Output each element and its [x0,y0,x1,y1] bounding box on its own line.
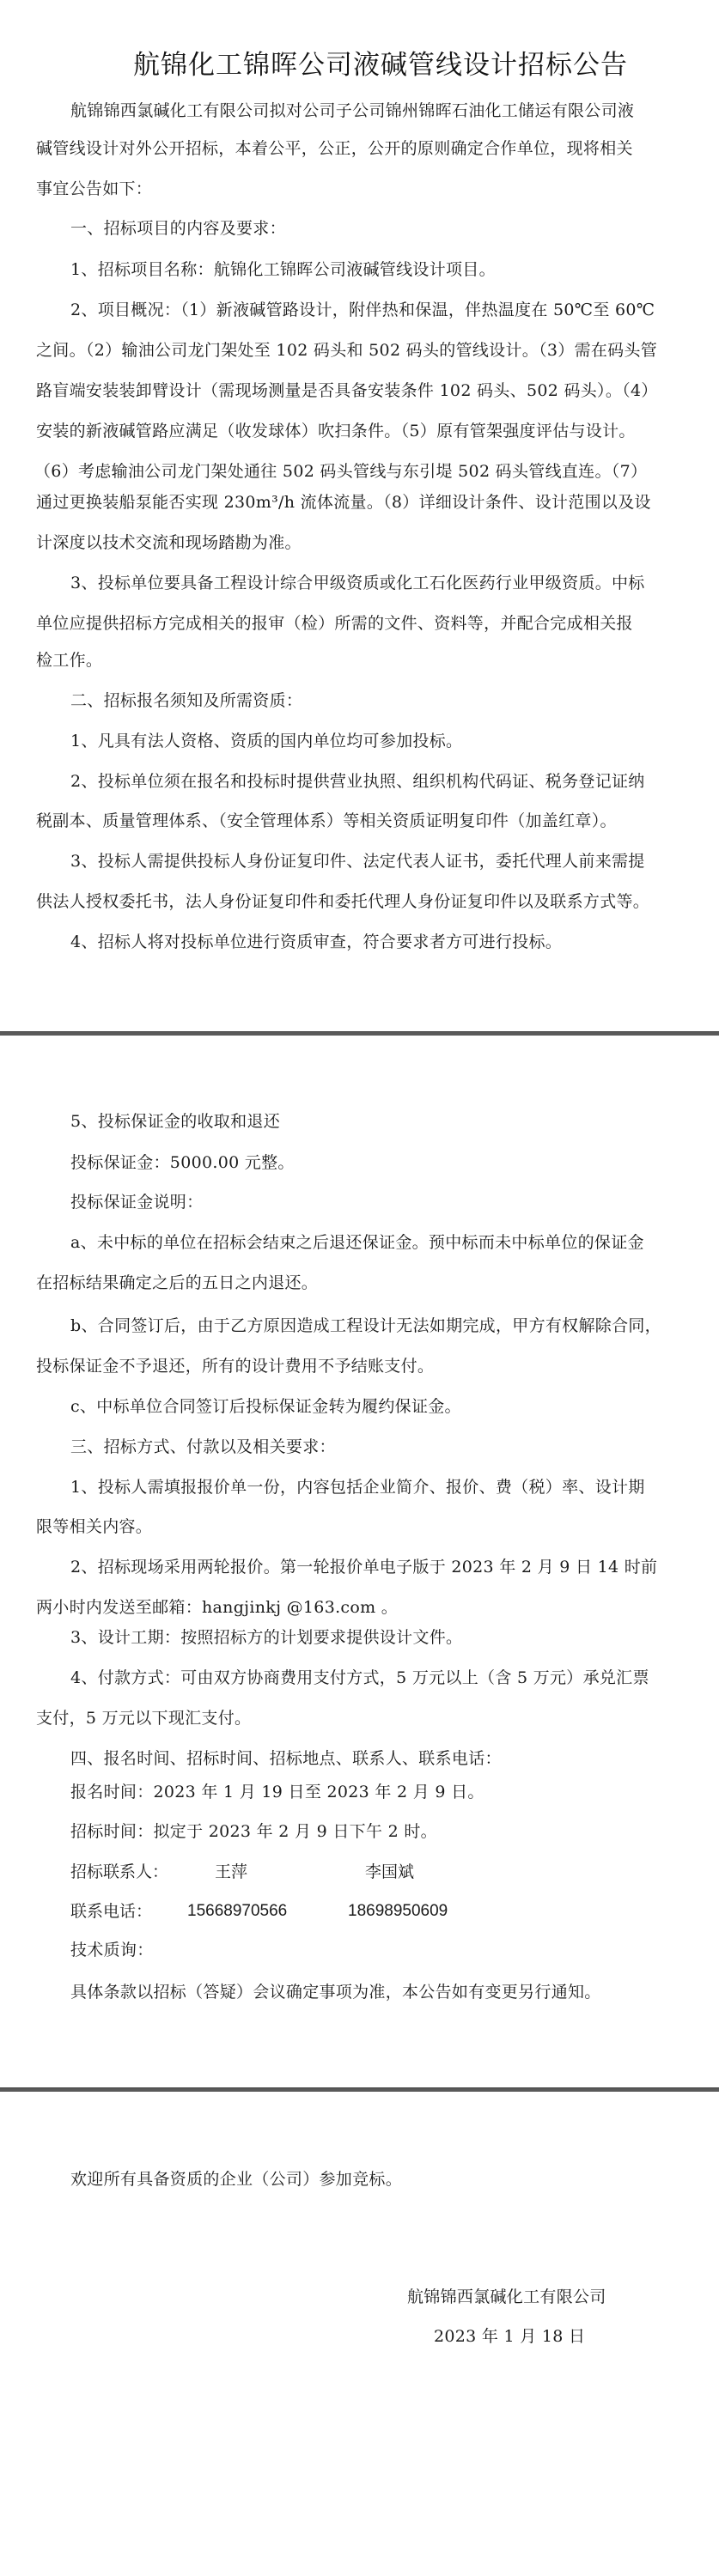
section2-item3-line-1: 3、投标人需提供投标人身份证复印件、法定代表人证书，委托代理人前来需提 [70,850,645,872]
signature-company: 航锦锦西氯碱化工有限公司 [407,2286,606,2308]
deposit-note-a-line-2: 在招标结果确定之后的五日之内退还。 [36,1272,318,1294]
page-divider-2 [0,2087,719,2092]
contact-phone-1: 15668970566 [187,1900,287,1923]
registration-time: 报名时间：2023 年 1 月 19 日至 2023 年 2 月 9 日。 [70,1781,484,1803]
section2-item4: 4、招标人将对投标单位进行资质审查，符合要求者方可进行投标。 [70,931,562,953]
section3-item2-line-2: 两小时内发送至邮箱：hangjinkj @163.com 。 [36,1596,398,1619]
deposit-note-b-line-2: 投标保证金不予退还，所有的设计费用不予结账支付。 [36,1355,434,1377]
section3-item3: 3、设计工期：按照招标方的计划要求提供设计文件。 [70,1626,462,1649]
section1-item1: 1、招标项目名称：航锦化工锦晖公司液碱管线设计项目。 [70,258,496,281]
section1-item3-line-2: 单位应提供招标方完成相关的报审（检）所需的文件、资料等，并配合完成相关报 [36,612,633,635]
section1-item2-line-2: 之间。（2）输油公司龙门架处至 102 码头和 502 码头的管线设计。（3）需… [36,339,657,361]
section4-heading: 四、报名时间、招标时间、招标地点、联系人、联系电话： [70,1747,502,1770]
intro-line-1: 航锦锦西氯碱化工有限公司拟对公司子公司锦州锦晖石油化工储运有限公司液 [70,100,634,122]
deposit-note-heading: 投标保证金说明： [70,1191,203,1213]
section3-item4-line-1: 4、付款方式：可由双方协商费用支付方式，5 万元以上（含 5 万元）承兑汇票 [70,1667,649,1689]
contact-phone-2: 18698950609 [348,1900,448,1923]
section1-item2-line-4: 安装的新液碱管路应满足（收发球体）吹扫条件。（5）原有管架强度评估与设计。 [36,420,636,442]
page-divider-1 [0,1031,719,1036]
signature-date: 2023 年 1 月 18 日 [434,2325,585,2348]
section2-item3-line-2: 供法人授权委托书，法人身份证复印件和委托代理人身份证复印件以及联系方式等。 [36,890,649,913]
section3-item2-line-1: 2、招标现场采用两轮报价。第一轮报价单电子版于 2023 年 2 月 9 日 1… [70,1556,657,1578]
deposit-amount: 投标保证金：5000.00 元整。 [70,1151,295,1174]
notice-text: 具体条款以招标（答疑）会议确定事项为准，本公告如有变更另行通知。 [70,1981,601,2003]
section2-item2-line-2: 税副本、质量管理体系、（安全管理体系）等相关资质证明复印件（加盖红章）。 [36,810,617,832]
intro-line-2: 碱管线设计对外公开招标，本着公平，公正，公开的原则确定合作单位，现将相关 [36,137,633,160]
contact-name-2: 李国斌 [365,1861,414,1883]
section2-heading: 二、招标报名须知及所需资质： [70,690,302,712]
section1-item2-line-3: 路盲端安装装卸臂设计（需现场测量是否具备安装条件 102 码头、502 码头）。… [36,380,658,402]
deposit-note-b-line-1: b、合同签订后，由于乙方原因造成工程设计无法如期完成，甲方有权解除合同， [70,1315,661,1337]
section2-item1: 1、凡具有法人资格、资质的国内单位均可参加投标。 [70,730,462,752]
tech-query-label: 技术质询： [70,1939,154,1961]
section1-heading: 一、招标项目的内容及要求： [70,217,286,240]
deposit-note-a-line-1: a、未中标的单位在招标会结束之后退还保证金。预中标而未中标单位的保证金 [70,1231,644,1254]
section3-heading: 三、招标方式、付款以及相关要求： [70,1436,336,1458]
section1-item2-line-1: 2、项目概况：（1）新液碱管路设计，附伴热和保温，伴热温度在 50℃至 60℃ [70,299,655,321]
welcome-text: 欢迎所有具备资质的企业（公司）参加竞标。 [70,2168,402,2190]
contact-name-1: 王萍 [215,1861,247,1883]
section3-item1-line-2: 限等相关内容。 [36,1516,152,1538]
deposit-note-c: c、中标单位合同签订后投标保证金转为履约保证金。 [70,1395,461,1418]
section2-item2-line-1: 2、投标单位须在报名和投标时提供营业执照、组织机构代码证、税务登记证纳 [70,770,645,793]
deposit-heading: 5、投标保证金的收取和退还 [70,1110,280,1133]
section1-item2-line-5: （6）考虑输油公司龙门架处通往 502 码头管线与东引堤 502 码头管线直连。… [34,460,647,483]
phone-label: 联系电话： [70,1900,152,1923]
section1-item3-line-1: 3、投标单位要具备工程设计综合甲级资质或化工石化医药行业甲级资质。中标 [70,572,645,594]
bid-time: 招标时间：拟定于 2023 年 2 月 9 日下午 2 时。 [70,1820,437,1843]
contact-label: 招标联系人： [70,1861,168,1883]
section1-item2-line-6: 通过更换装船泵能否实现 230m³/h 流体流量。（8）详细设计条件、设计范围以… [36,491,651,513]
section1-item2-line-7: 计深度以技术交流和现场踏勘为准。 [36,532,302,554]
section3-item1-line-1: 1、投标人需填报报价单一份，内容包括企业简介、报价、费（税）率、设计期 [70,1476,645,1498]
section3-item4-line-2: 支付，5 万元以下现汇支付。 [36,1707,251,1729]
section1-item3-line-3: 检工作。 [36,649,102,671]
intro-line-3: 事宜公告如下： [36,178,152,200]
document-title: 航锦化工锦晖公司液碱管线设计招标公告 [133,48,628,82]
